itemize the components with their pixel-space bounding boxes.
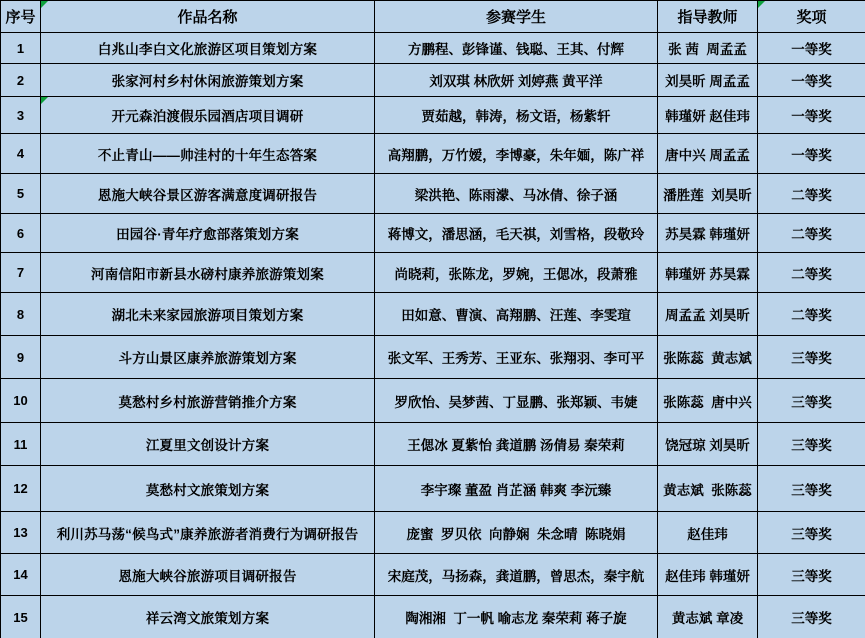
cell-award[interactable]: 二等奖 <box>758 174 865 214</box>
cell-students[interactable]: 宋庭茂，马扬森，龚道鹏，曾思杰，秦宇航 <box>375 554 658 596</box>
cell-students[interactable]: 方鹏程、彭锋谨、钱聪、王其、付辉 <box>375 33 658 64</box>
cell-title[interactable]: 白兆山李白文化旅游区项目策划方案 <box>41 33 375 64</box>
cell-students[interactable]: 刘双琪 林欣妍 刘婷燕 黄平洋 <box>375 64 658 97</box>
cell-teachers[interactable]: 刘昊昕 周孟孟 <box>658 64 758 97</box>
cell-no[interactable]: 13 <box>1 512 41 554</box>
cell-students[interactable]: 田如意、曹演、高翔鹏、汪莲、李雯瑄 <box>375 293 658 336</box>
cell-award[interactable]: 一等奖 <box>758 134 865 174</box>
cell-no[interactable]: 9 <box>1 336 41 379</box>
table-row: 3开元森泊渡假乐园酒店项目调研贾茹越，韩涛，杨文语，杨紫轩韩瑾妍 赵佳玮一等奖 <box>1 97 865 134</box>
cell-award[interactable]: 三等奖 <box>758 336 865 379</box>
col-header-students[interactable]: 参赛学生 <box>375 1 658 33</box>
cell-teachers[interactable]: 潘胜莲 刘昊昕 <box>658 174 758 214</box>
cell-no[interactable]: 6 <box>1 214 41 253</box>
cell-teachers[interactable]: 张陈蕊 黄志斌 <box>658 336 758 379</box>
cell-title[interactable]: 不止青山——帅洼村的十年生态答案 <box>41 134 375 174</box>
error-indicator-icon <box>41 1 48 8</box>
cell-students[interactable]: 罗欣怡、吴梦茜、丁显鹏、张郑颖、韦婕 <box>375 379 658 423</box>
cell-teachers[interactable]: 饶冠琼 刘昊昕 <box>658 423 758 466</box>
cell-teachers[interactable]: 韩瑾妍 苏昊霖 <box>658 253 758 293</box>
cell-award[interactable]: 三等奖 <box>758 512 865 554</box>
cell-award[interactable]: 二等奖 <box>758 293 865 336</box>
cell-title[interactable]: 开元森泊渡假乐园酒店项目调研 <box>41 97 375 134</box>
cell-award[interactable]: 三等奖 <box>758 554 865 596</box>
table-row: 8湖北未来家园旅游项目策划方案田如意、曹演、高翔鹏、汪莲、李雯瑄周孟孟 刘昊昕二… <box>1 293 865 336</box>
cell-title[interactable]: 河南信阳市新县水磅村康养旅游策划案 <box>41 253 375 293</box>
cell-no[interactable]: 11 <box>1 423 41 466</box>
cell-students[interactable]: 高翔鹏，万竹嫒，李博豪，朱年媔，陈广祥 <box>375 134 658 174</box>
cell-award[interactable]: 三等奖 <box>758 466 865 512</box>
table-row: 5恩施大峡谷景区游客满意度调研报告梁洪艳、陈雨濛、马冰倩、徐子涵潘胜莲 刘昊昕二… <box>1 174 865 214</box>
error-indicator-icon <box>41 97 48 104</box>
awards-spreadsheet: 序号作品名称参赛学生指导教师奖项 1白兆山李白文化旅游区项目策划方案方鹏程、彭锋… <box>0 0 865 638</box>
table-row: 10莫愁村乡村旅游营销推介方案罗欣怡、吴梦茜、丁显鹏、张郑颖、韦婕张陈蕊 唐中兴… <box>1 379 865 423</box>
cell-students[interactable]: 陶湘湘 丁一帆 喻志龙 秦荣莉 蒋子旋 <box>375 596 658 638</box>
table-row: 1白兆山李白文化旅游区项目策划方案方鹏程、彭锋谨、钱聪、王其、付辉张 茜 周孟孟… <box>1 33 865 64</box>
cell-students[interactable]: 贾茹越，韩涛，杨文语，杨紫轩 <box>375 97 658 134</box>
table-row: 11江夏里文创设计方案王偲冰 夏紫怡 龚道鹏 汤倩易 秦荣莉饶冠琼 刘昊昕三等奖 <box>1 423 865 466</box>
table-row: 7河南信阳市新县水磅村康养旅游策划案尚晓莉，张陈龙，罗婉，王偲冰，段萧雅韩瑾妍 … <box>1 253 865 293</box>
cell-title[interactable]: 湖北未来家园旅游项目策划方案 <box>41 293 375 336</box>
cell-award[interactable]: 一等奖 <box>758 64 865 97</box>
table-row: 13利川苏马荡“候鸟式”康养旅游者消费行为调研报告庞蜜 罗贝依 向静娴 朱念晴 … <box>1 512 865 554</box>
cell-no[interactable]: 7 <box>1 253 41 293</box>
cell-no[interactable]: 8 <box>1 293 41 336</box>
cell-no[interactable]: 4 <box>1 134 41 174</box>
cell-teachers[interactable]: 赵佳玮 韩瑾妍 <box>658 554 758 596</box>
cell-students[interactable]: 庞蜜 罗贝依 向静娴 朱念晴 陈晓娟 <box>375 512 658 554</box>
cell-students[interactable]: 尚晓莉，张陈龙，罗婉，王偲冰，段萧雅 <box>375 253 658 293</box>
cell-title[interactable]: 利川苏马荡“候鸟式”康养旅游者消费行为调研报告 <box>41 512 375 554</box>
cell-no[interactable]: 12 <box>1 466 41 512</box>
cell-award[interactable]: 三等奖 <box>758 379 865 423</box>
cell-students[interactable]: 蒋博文，潘思涵，毛天祺，刘雪格，段敬玲 <box>375 214 658 253</box>
cell-title[interactable]: 恩施大峡谷景区游客满意度调研报告 <box>41 174 375 214</box>
col-header-award[interactable]: 奖项 <box>758 1 865 33</box>
cell-students[interactable]: 梁洪艳、陈雨濛、马冰倩、徐子涵 <box>375 174 658 214</box>
cell-no[interactable]: 15 <box>1 596 41 638</box>
cell-teachers[interactable]: 苏昊霖 韩瑾妍 <box>658 214 758 253</box>
header-row: 序号作品名称参赛学生指导教师奖项 <box>1 1 865 33</box>
col-header-teachers[interactable]: 指导教师 <box>658 1 758 33</box>
cell-award[interactable]: 三等奖 <box>758 423 865 466</box>
cell-no[interactable]: 5 <box>1 174 41 214</box>
cell-teachers[interactable]: 张陈蕊 唐中兴 <box>658 379 758 423</box>
cell-teachers[interactable]: 黄志斌 张陈蕊 <box>658 466 758 512</box>
cell-no[interactable]: 2 <box>1 64 41 97</box>
cell-title[interactable]: 莫愁村文旅策划方案 <box>41 466 375 512</box>
table-row: 14恩施大峡谷旅游项目调研报告宋庭茂，马扬森，龚道鹏，曾思杰，秦宇航赵佳玮 韩瑾… <box>1 554 865 596</box>
cell-award[interactable]: 二等奖 <box>758 214 865 253</box>
cell-title[interactable]: 田园谷·青年疗愈部落策划方案 <box>41 214 375 253</box>
cell-no[interactable]: 1 <box>1 33 41 64</box>
table-row: 15祥云湾文旅策划方案陶湘湘 丁一帆 喻志龙 秦荣莉 蒋子旋黄志斌 章凌三等奖 <box>1 596 865 638</box>
table-row: 4不止青山——帅洼村的十年生态答案高翔鹏，万竹嫒，李博豪，朱年媔，陈广祥唐中兴 … <box>1 134 865 174</box>
cell-students[interactable]: 李宇璨 董盈 肖芷涵 韩爽 李沅臻 <box>375 466 658 512</box>
cell-title[interactable]: 江夏里文创设计方案 <box>41 423 375 466</box>
cell-no[interactable]: 14 <box>1 554 41 596</box>
table-row: 2张家河村乡村休闲旅游策划方案刘双琪 林欣妍 刘婷燕 黄平洋刘昊昕 周孟孟一等奖 <box>1 64 865 97</box>
cell-no[interactable]: 3 <box>1 97 41 134</box>
cell-award[interactable]: 三等奖 <box>758 596 865 638</box>
cell-title[interactable]: 张家河村乡村休闲旅游策划方案 <box>41 64 375 97</box>
table-row: 6田园谷·青年疗愈部落策划方案蒋博文，潘思涵，毛天祺，刘雪格，段敬玲苏昊霖 韩瑾… <box>1 214 865 253</box>
table-row: 12莫愁村文旅策划方案李宇璨 董盈 肖芷涵 韩爽 李沅臻黄志斌 张陈蕊三等奖 <box>1 466 865 512</box>
cell-students[interactable]: 王偲冰 夏紫怡 龚道鹏 汤倩易 秦荣莉 <box>375 423 658 466</box>
cell-award[interactable]: 一等奖 <box>758 33 865 64</box>
cell-award[interactable]: 一等奖 <box>758 97 865 134</box>
cell-title[interactable]: 斗方山景区康养旅游策划方案 <box>41 336 375 379</box>
cell-students[interactable]: 张文军、王秀芳、王亚东、张翔羽、李可平 <box>375 336 658 379</box>
cell-title[interactable]: 恩施大峡谷旅游项目调研报告 <box>41 554 375 596</box>
cell-teachers[interactable]: 韩瑾妍 赵佳玮 <box>658 97 758 134</box>
cell-teachers[interactable]: 黄志斌 章凌 <box>658 596 758 638</box>
col-header-title[interactable]: 作品名称 <box>41 1 375 33</box>
col-header-no[interactable]: 序号 <box>1 1 41 33</box>
cell-award[interactable]: 二等奖 <box>758 253 865 293</box>
cell-teachers[interactable]: 唐中兴 周孟孟 <box>658 134 758 174</box>
cell-teachers[interactable]: 张 茜 周孟孟 <box>658 33 758 64</box>
cell-title[interactable]: 莫愁村乡村旅游营销推介方案 <box>41 379 375 423</box>
error-indicator-icon <box>758 1 765 8</box>
cell-title[interactable]: 祥云湾文旅策划方案 <box>41 596 375 638</box>
cell-teachers[interactable]: 周孟孟 刘昊昕 <box>658 293 758 336</box>
cell-teachers[interactable]: 赵佳玮 <box>658 512 758 554</box>
table-row: 9斗方山景区康养旅游策划方案张文军、王秀芳、王亚东、张翔羽、李可平张陈蕊 黄志斌… <box>1 336 865 379</box>
cell-no[interactable]: 10 <box>1 379 41 423</box>
